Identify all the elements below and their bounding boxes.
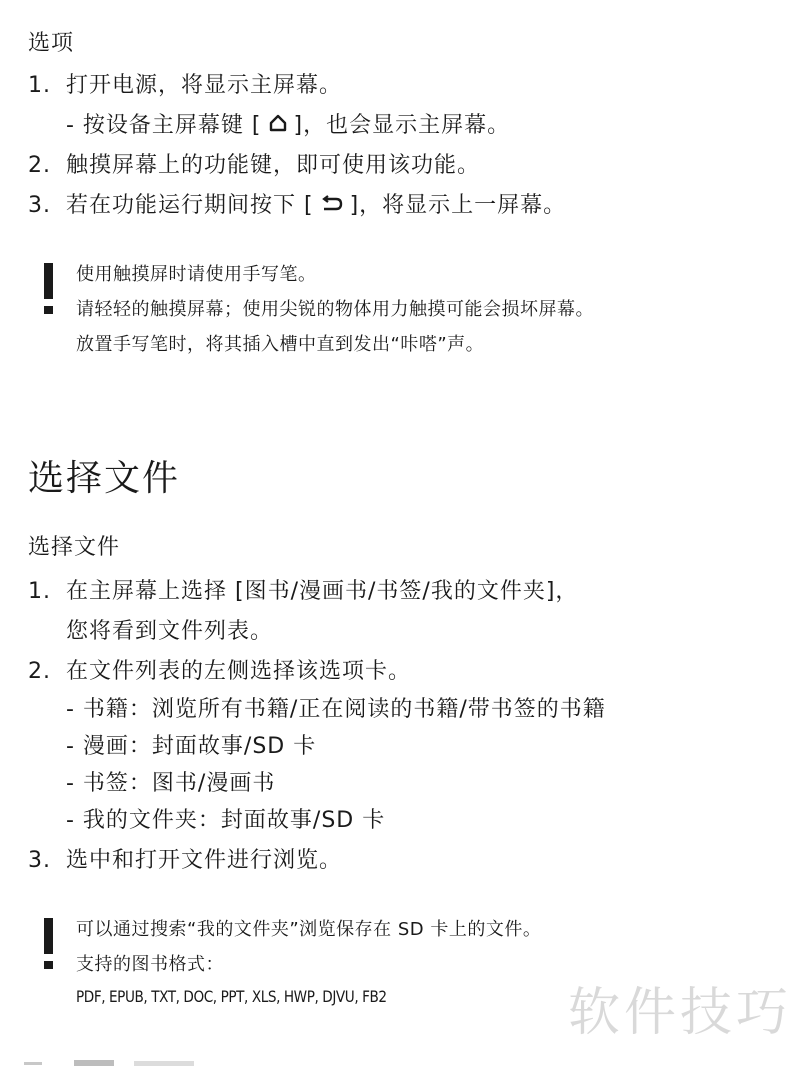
step-1: 1.打开电源，将显示主屏幕。 [28, 68, 342, 99]
step-text: 打开电源，将显示主屏幕。 [66, 73, 342, 98]
back-key-icon [320, 194, 344, 219]
cropped-footer [24, 1060, 204, 1066]
step-number: 3. [28, 193, 66, 218]
step-text: 选中和打开文件进行浏览。 [66, 848, 342, 873]
step-1-sub: - 按设备主屏幕键 [ ]，也会显示主屏幕。 [66, 108, 510, 139]
step-text-after: ]，将显示上一屏幕。 [350, 193, 567, 218]
note-line: 使用触摸屏时请使用手写笔。 [76, 260, 317, 286]
step-2-sub-comics: - 漫画：封面故事/SD 卡 [66, 729, 316, 760]
step-2-sub-my-folder: - 我的文件夹：封面故事/SD 卡 [66, 803, 385, 834]
step-number: 2. [28, 153, 66, 178]
step-1-continuation: 您将看到文件列表。 [66, 614, 273, 645]
step-2-sub-bookmarks: - 书签：图书/漫画书 [66, 766, 275, 797]
sub-text-before: - 按设备主屏幕键 [ [66, 113, 262, 138]
step-3: 3.选中和打开文件进行浏览。 [28, 843, 342, 874]
step-text-before: 若在功能运行期间按下 [ [66, 193, 314, 218]
section-heading-select-file: 选择文件 [28, 530, 120, 561]
step-number: 3. [28, 848, 66, 873]
supported-formats: PDF, EPUB, TXT, DOC, PPT, XLS, HWP, DJVU… [76, 987, 387, 1006]
watermark: 软件技巧 [568, 970, 792, 1045]
step-text: 触摸屏幕上的功能键，即可使用该功能。 [66, 153, 480, 178]
step-2-sub-books: - 书籍：浏览所有书籍/正在阅读的书籍/带书签的书籍 [66, 692, 606, 723]
home-key-icon [268, 113, 288, 139]
note-line: 可以通过搜索“我的文件夹”浏览保存在 SD 卡上的文件。 [76, 915, 541, 941]
step-number: 1. [28, 579, 66, 604]
sub-text-after: ]，也会显示主屏幕。 [294, 113, 511, 138]
step-2: 2.触摸屏幕上的功能键，即可使用该功能。 [28, 148, 480, 179]
section-heading-options: 选项 [28, 26, 74, 57]
note-line: 支持的图书格式： [76, 950, 224, 976]
section-title-select-file: 选择文件 [28, 450, 180, 501]
step-number: 1. [28, 73, 66, 98]
step-2: 2.在文件列表的左侧选择该选项卡。 [28, 654, 411, 685]
note-line: 请轻轻的触摸屏幕；使用尖锐的物体用力触摸可能会损坏屏幕。 [76, 295, 594, 321]
step-number: 2. [28, 659, 66, 684]
step-1: 1.在主屏幕上选择 [图书/漫画书/书签/我的文件夹]， [28, 574, 578, 605]
step-text: 在文件列表的左侧选择该选项卡。 [66, 659, 411, 684]
step-3: 3.若在功能运行期间按下 [ ]，将显示上一屏幕。 [28, 188, 566, 219]
note-line: 放置手写笔时，将其插入槽中直到发出“咔嗒”声。 [76, 330, 484, 356]
step-text: 在主屏幕上选择 [图书/漫画书/书签/我的文件夹]， [66, 579, 578, 604]
